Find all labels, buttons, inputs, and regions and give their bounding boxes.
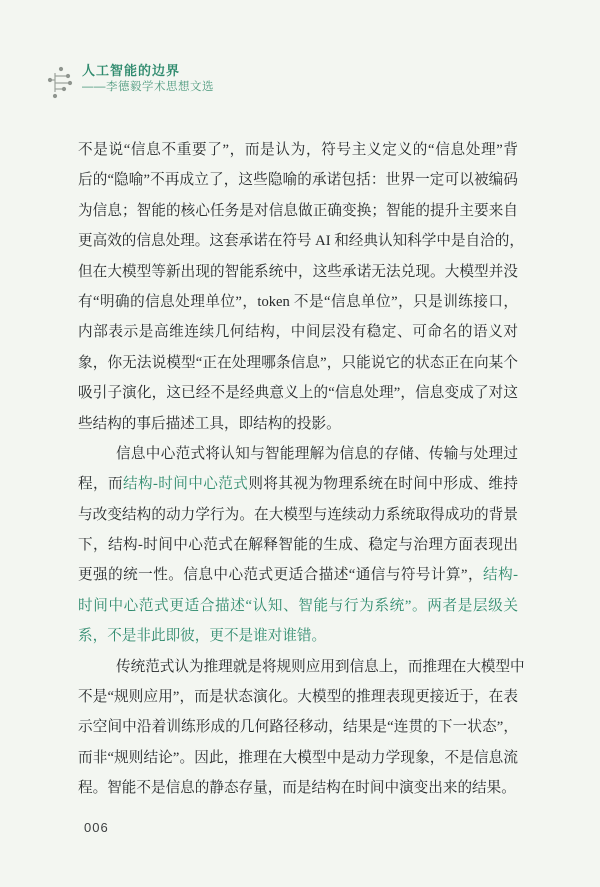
text-segment: 程。智能不是信息的静态存量，而是结构在时间中演变出来的结果。 xyxy=(78,780,516,796)
text-segment: 传统范式认为推理就是将规则应用到信息上，而推理在大模型中 xyxy=(116,659,525,675)
accent-text-segment: 时间中心范式更适合描述“认知、智能与行为系统”。两者是层级关 xyxy=(78,598,518,614)
text-line: 不是说“信息不重要了”，而是认为，符号主义定义的“信息处理”背 xyxy=(78,135,518,165)
text-line: 程。智能不是信息的静态存量，而是结构在时间中演变出来的结果。 xyxy=(78,773,518,803)
text-line: 系，不是非此即彼，更不是谁对谁错。 xyxy=(78,621,518,651)
text-line: 程，而结构-时间中心范式则将其视为物理系统在时间中形成、维持 xyxy=(78,469,518,499)
text-segment: 程，而 xyxy=(78,476,123,492)
book-subtitle: ——李德毅学术思想文选 xyxy=(82,80,214,95)
page-header: 人工智能的边界 ——李德毅学术思想文选 xyxy=(47,62,214,102)
accent-text-segment: 系，不是非此即彼，更不是谁对谁错。 xyxy=(78,628,326,644)
page-number: 006 xyxy=(84,820,109,835)
text-line: 信息中心范式将认知与智能理解为信息的存储、传输与处理过 xyxy=(78,439,518,469)
text-segment: 象，你无法说模型“正在处理哪条信息”，只能说它的状态正在向某个 xyxy=(78,355,518,371)
text-segment: 但在大模型等新出现的智能系统中，这些承诺无法兑现。大模型并没 xyxy=(78,264,518,280)
text-line: 而非“规则结论”。因此，推理在大模型中是动力学现象，不是信息流 xyxy=(78,743,518,773)
text-line: 与改变结构的动力学行为。在大模型与连续动力系统取得成功的背景 xyxy=(78,500,518,530)
text-segment: 而非“规则结论”。因此，推理在大模型中是动力学现象，不是信息流 xyxy=(78,750,518,766)
text-line: 示空间中沿着训练形成的几何路径移动，结果是“连贯的下一状态”， xyxy=(78,712,518,742)
book-page: 人工智能的边界 ——李德毅学术思想文选 不是说“信息不重要了”，而是认为，符号主… xyxy=(0,0,600,887)
text-segment: 信息中心范式将认知与智能理解为信息的存储、传输与处理过 xyxy=(116,446,518,462)
text-line: 传统范式认为推理就是将规则应用到信息上，而推理在大模型中 xyxy=(78,652,518,682)
text-segment: 示空间中沿着训练形成的几何路径移动，结果是“连贯的下一状态”， xyxy=(78,719,518,735)
text-line: 为信息；智能的核心任务是对信息做正确变换；智能的提升主要来自 xyxy=(78,196,518,226)
text-line: 吸引子演化，这已经不是经典意义上的“信息处理”，信息变成了对这 xyxy=(78,378,518,408)
text-line: 但在大模型等新出现的智能系统中，这些承诺无法兑现。大模型并没 xyxy=(78,257,518,287)
text-line: 更强的统一性。信息中心范式更适合描述“通信与符号计算”，结构- xyxy=(78,560,518,590)
text-segment: 吸引子演化，这已经不是经典意义上的“信息处理”，信息变成了对这 xyxy=(78,385,518,401)
text-line: 下，结构-时间中心范式在解释智能的生成、稳定与治理方面表现出 xyxy=(78,530,518,560)
text-segment: 则将其视为物理系统在时间中形成、维持 xyxy=(248,476,518,492)
accent-text-segment: 结构- xyxy=(483,567,518,583)
accent-text-segment: 结构-时间中心范式 xyxy=(123,476,248,492)
text-segment: 些结构的事后描述工具，即结构的投影。 xyxy=(78,416,341,432)
text-segment: 不是“规则应用”，而是状态演化。大模型的推理表现更接近于，在表 xyxy=(78,689,518,705)
dot-network-logo-icon xyxy=(47,64,73,102)
text-line: 时间中心范式更适合描述“认知、智能与行为系统”。两者是层级关 xyxy=(78,591,518,621)
header-titles: 人工智能的边界 ——李德毅学术思想文选 xyxy=(82,62,214,95)
text-segment: 下，结构-时间中心范式在解释智能的生成、稳定与治理方面表现出 xyxy=(78,537,518,553)
text-line: 不是“规则应用”，而是状态演化。大模型的推理表现更接近于，在表 xyxy=(78,682,518,712)
text-segment: 为信息；智能的核心任务是对信息做正确变换；智能的提升主要来自 xyxy=(78,203,518,219)
text-line: 内部表示是高维连续几何结构，中间层没有稳定、可命名的语义对 xyxy=(78,317,518,347)
text-segment: 后的“隐喻”不再成立了，这些隐喻的承诺包括：世界一定可以被编码 xyxy=(78,172,518,188)
text-line: 更高效的信息处理。这套承诺在符号 AI 和经典认知科学中是自洽的， xyxy=(78,226,518,256)
text-line: 后的“隐喻”不再成立了，这些隐喻的承诺包括：世界一定可以被编码 xyxy=(78,165,518,195)
text-segment: 不是说“信息不重要了”，而是认为，符号主义定义的“信息处理”背 xyxy=(78,142,518,158)
text-line: 象，你无法说模型“正在处理哪条信息”，只能说它的状态正在向某个 xyxy=(78,348,518,378)
text-segment: 有“明确的信息处理单位”，token 不是“信息单位”，只是训练接口， xyxy=(78,294,518,310)
text-segment: 与改变结构的动力学行为。在大模型与连续动力系统取得成功的背景 xyxy=(78,507,518,523)
text-segment: 更强的统一性。信息中心范式更适合描述“通信与符号计算”， xyxy=(78,567,483,583)
text-segment: 更高效的信息处理。这套承诺在符号 AI 和经典认知科学中是自洽的， xyxy=(78,233,524,249)
text-segment: 内部表示是高维连续几何结构，中间层没有稳定、可命名的语义对 xyxy=(78,324,518,340)
text-line: 些结构的事后描述工具，即结构的投影。 xyxy=(78,409,518,439)
body-text: 不是说“信息不重要了”，而是认为，符号主义定义的“信息处理”背后的“隐喻”不再成… xyxy=(78,135,518,804)
text-line: 有“明确的信息处理单位”，token 不是“信息单位”，只是训练接口， xyxy=(78,287,518,317)
book-title: 人工智能的边界 xyxy=(82,62,214,79)
